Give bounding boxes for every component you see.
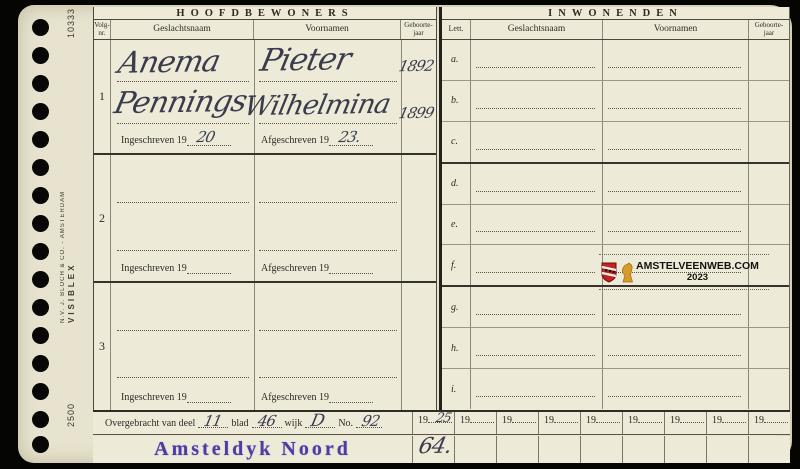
handwritten-birthyear-2: 1899 [397, 104, 435, 123]
print-run-number-bottom: 2500 [66, 403, 76, 427]
hoofdbewoners-section-2: 2 Ingeschreven 19 Afgeschreven 19 [94, 155, 436, 283]
dotted-writing-line [117, 377, 249, 378]
dotted-writing-line [117, 202, 249, 203]
punch-hole [32, 215, 49, 232]
birthyear-cell [749, 81, 789, 121]
year-label: 19 [418, 415, 428, 426]
dotted-writing-line [117, 81, 249, 82]
bottom-row-transfer: Overgebracht van deel 11 blad 46 wijk D … [93, 410, 790, 435]
year-label: 19 [754, 415, 764, 426]
inwonenden-row-b: b. [442, 81, 789, 122]
hoofdbewoners-title: HOOFDBEWONERS [94, 7, 436, 20]
punch-hole [32, 47, 49, 64]
year-label: 19 [502, 415, 512, 426]
volgnr-cell: 1 [94, 40, 111, 153]
surname-cell [471, 328, 603, 368]
dotted-writing-line [117, 250, 249, 251]
year-cell-2: 19 [454, 412, 496, 434]
hoofdbewoners-section-3: 3 Ingeschreven 19 Afgeschreven 19 [94, 283, 436, 410]
col-lett: Lett. [442, 20, 471, 39]
volgnr-value: 2 [99, 211, 105, 226]
watermark-site: AMSTELVEENWEB.COM [636, 261, 759, 273]
punch-hole [32, 75, 49, 92]
col-volgnr: Volg- nr. [94, 20, 111, 39]
inwonenden-row-d: d. [442, 164, 789, 205]
volgnr-cell: 2 [94, 155, 111, 281]
afgeschreven-value: 23. [337, 128, 362, 146]
inwonenden-rows: a. b. c. d. [442, 40, 789, 409]
afgeschreven-field: Afgeschreven 19 [261, 392, 373, 403]
dotted-writing-line [117, 330, 249, 331]
surname-cell [471, 40, 603, 80]
street-stamp-area: Amsteldyk Noord [93, 436, 412, 463]
blad-value: 46 [256, 411, 277, 429]
punch-hole [32, 383, 49, 400]
dotted-fill [722, 415, 746, 423]
handwritten-surname-1: Anema [115, 44, 223, 81]
birthyear-cell [749, 164, 789, 204]
dotted-fill [470, 415, 494, 423]
dotted-fill [329, 264, 373, 274]
col-voornamen-label: Voornamen [305, 25, 349, 35]
year-label: 19 [628, 415, 638, 426]
punch-hole [32, 19, 49, 36]
lett-cell: a. [442, 40, 471, 80]
dotted-fill [187, 393, 231, 403]
dotted-fill [638, 415, 662, 423]
empty-cell [664, 436, 706, 463]
dotted-writing-line [117, 123, 249, 124]
hoofdbewoners-table: HOOFDBEWONERS Volg- nr. Geslachtsnaam Vo… [93, 7, 437, 410]
col-geboortejaar-l2: jaar [764, 30, 775, 37]
afgeschreven-field: Afgeschreven 19 [261, 263, 373, 274]
wijk-label: wijk [285, 418, 303, 429]
punch-hole [32, 187, 49, 204]
volgnr-value: 1 [99, 89, 105, 104]
print-run-number-top: 10333 [66, 8, 76, 38]
year-label: 19 [586, 415, 596, 426]
blad-label: blad [231, 418, 248, 429]
lett-cell: e. [442, 205, 471, 245]
column-line [254, 155, 255, 281]
col-geslachtsnaam-label: Geslachtsnaam [153, 25, 211, 35]
handwritten-firstname-2: Wilhelmina [241, 89, 392, 123]
empty-cell [454, 436, 496, 463]
hoofdbewoners-section-1: 1 Anema Pieter 1892 Pennings Wilhelmina … [94, 40, 436, 155]
inwonenden-row-i: i. [442, 369, 789, 409]
handwritten-surname-2: Pennings [111, 84, 250, 121]
ingeschreven-field: Ingeschreven 19 [121, 263, 231, 274]
firstname-cell [603, 287, 749, 327]
dotted-fill: 25 [428, 415, 452, 423]
year-cell-1: 1925 [412, 412, 454, 434]
dotted-fill: 11 [198, 419, 228, 428]
section-body: Anema Pieter 1892 Pennings Wilhelmina 18… [111, 40, 436, 153]
birthyear-cell [749, 122, 789, 162]
volgnr-cell: 3 [94, 283, 111, 410]
scan-background: 10333 N.V. J. BLOCH & CO. - AMSTERDAM VI… [0, 0, 800, 469]
ingeschreven-field: Ingeschreven 19 [121, 392, 231, 403]
dotted-writing-line [259, 202, 397, 203]
firstname-cell [603, 164, 749, 204]
afgeschreven-label: Afgeschreven 19 [261, 263, 329, 274]
dotted-fill: D [305, 419, 335, 428]
carry-value: 64. [416, 434, 453, 460]
firstname-cell [603, 40, 749, 80]
punch-hole [32, 299, 49, 316]
col-geboortejaar: Geboorte- jaar [401, 20, 436, 39]
ingeschreven-label: Ingeschreven 19 [121, 135, 187, 146]
watermark-year: 2023 [687, 273, 708, 283]
hoofdbewoners-header: Volg- nr. Geslachtsnaam Voornamen Geboor… [94, 20, 436, 40]
amstelveen-shield-icon [601, 262, 617, 283]
dotted-fill [187, 264, 231, 274]
col-geslachtsnaam: Geslachtsnaam [111, 20, 254, 39]
lett-cell: c. [442, 122, 471, 162]
punch-hole [32, 355, 49, 372]
dotted-fill [680, 415, 704, 423]
dotted-fill: 92 [356, 419, 382, 428]
dotted-writing-line [259, 81, 397, 82]
col-voornamen-label: Voornamen [654, 25, 698, 35]
col-voornamen: Voornamen [603, 20, 749, 39]
year-cell-5: 19 [580, 412, 622, 434]
col-geslachtsnaam: Geslachtsnaam [471, 20, 603, 39]
column-line [401, 155, 402, 281]
year-value: 25 [434, 411, 452, 426]
dotted-fill: 23. [329, 136, 373, 146]
overgebracht-field: Overgebracht van deel 11 blad 46 wijk D … [93, 412, 412, 434]
firstname-cell [603, 122, 749, 162]
birthyear-cell [749, 205, 789, 245]
firstname-cell [603, 81, 749, 121]
birthyear-cell [749, 369, 789, 409]
surname-cell [471, 245, 603, 285]
bottom-row-stamp: Amsteldyk Noord 64. [93, 436, 790, 463]
handwritten-firstname-1: Pieter [257, 41, 354, 79]
deel-value: 11 [202, 411, 223, 429]
punch-hole [32, 436, 49, 453]
dotted-fill [596, 415, 620, 423]
watermark-text: AMSTELVEENWEB.COM 2023 [636, 261, 759, 283]
surname-cell [471, 369, 603, 409]
year-label: 19 [460, 415, 470, 426]
afgeschreven-label: Afgeschreven 19 [261, 135, 329, 146]
dotted-writing-line [259, 330, 397, 331]
dotted-writing-line [259, 250, 397, 251]
inwonenden-title: INWONENDEN [442, 7, 789, 20]
no-value: 92 [360, 411, 381, 429]
ingeschreven-value: 20 [195, 128, 216, 146]
section-body: Ingeschreven 19 Afgeschreven 19 [111, 283, 436, 410]
punch-hole [32, 243, 49, 260]
dotted-fill [329, 393, 373, 403]
inwonenden-row-a: a. [442, 40, 789, 81]
inwonenden-row-g: g. [442, 287, 789, 328]
year-cell-4: 19 [538, 412, 580, 434]
year-cell-8: 19 [706, 412, 748, 434]
dotted-fill [554, 415, 578, 423]
dotted-writing-line [259, 377, 397, 378]
punch-hole [32, 131, 49, 148]
empty-cell [538, 436, 580, 463]
brand-visiblex: VISIBLEX [67, 173, 76, 323]
col-lett-label: Lett. [449, 25, 464, 33]
dotted-fill: 20 [187, 136, 231, 146]
ingeschreven-field: Ingeschreven 1920 [121, 135, 231, 146]
lett-cell: g. [442, 287, 471, 327]
overgebracht-label: Overgebracht van deel [105, 418, 195, 429]
dotted-fill [764, 415, 788, 423]
birthyear-cell [749, 287, 789, 327]
surname-cell [471, 164, 603, 204]
year-label: 19 [670, 415, 680, 426]
year-cell-9: 19 [748, 412, 790, 434]
inwonenden-row-h: h. [442, 328, 789, 369]
year-label: 19 [544, 415, 554, 426]
lett-cell: b. [442, 81, 471, 121]
empty-cell [706, 436, 748, 463]
surname-cell [471, 122, 603, 162]
wijk-value: D [309, 410, 326, 430]
ingeschreven-label: Ingeschreven 19 [121, 263, 187, 274]
street-stamp: Amsteldyk Noord [154, 438, 351, 460]
afgeschreven-label: Afgeschreven 19 [261, 392, 329, 403]
lett-cell: f. [442, 245, 471, 285]
empty-cell [748, 436, 790, 463]
volgnr-value: 3 [99, 339, 105, 354]
carry-cell: 64. [412, 436, 454, 463]
punch-hole [32, 271, 49, 288]
year-cell-7: 19 [664, 412, 706, 434]
col-geslachtsnaam-label: Geslachtsnaam [508, 25, 566, 35]
dotted-fill: 46 [252, 419, 282, 428]
handwritten-birthyear-1: 1892 [397, 57, 435, 76]
col-geboortejaar: Geboorte- jaar [749, 20, 789, 39]
surname-cell [471, 205, 603, 245]
lion-icon [620, 262, 633, 283]
year-label: 19 [712, 415, 722, 426]
empty-cell [496, 436, 538, 463]
section-body: Ingeschreven 19 Afgeschreven 19 [111, 155, 436, 281]
no-label: No. [338, 418, 353, 429]
inwonenden-header: Lett. Geslachtsnaam Voornamen Geboorte- … [442, 20, 789, 40]
afgeschreven-field: Afgeschreven 1923. [261, 135, 373, 146]
inwonenden-row-e: e. [442, 205, 789, 246]
lett-cell: i. [442, 369, 471, 409]
firstname-cell [603, 328, 749, 368]
register-card: 10333 N.V. J. BLOCH & CO. - AMSTERDAM VI… [18, 5, 792, 463]
firstname-cell [603, 205, 749, 245]
column-line [254, 283, 255, 410]
col-geboortejaar-l2: jaar [413, 30, 424, 37]
dotted-fill [512, 415, 536, 423]
surname-cell [471, 81, 603, 121]
surname-cell [471, 287, 603, 327]
firstname-cell [603, 369, 749, 409]
year-cell-3: 19 [496, 412, 538, 434]
punch-hole [32, 411, 49, 428]
column-line [401, 283, 402, 410]
punch-hole [32, 103, 49, 120]
birthyear-cell [749, 328, 789, 368]
col-volgnr-l2: nr. [98, 30, 105, 37]
punch-hole [32, 159, 49, 176]
birthyear-cell [749, 40, 789, 80]
col-voornamen: Voornamen [254, 20, 401, 39]
punch-hole [32, 327, 49, 344]
year-cell-6: 19 [622, 412, 664, 434]
lett-cell: h. [442, 328, 471, 368]
ingeschreven-label: Ingeschreven 19 [121, 392, 187, 403]
dotted-writing-line [259, 123, 397, 124]
inwonenden-row-c: c. [442, 122, 789, 164]
empty-cell [622, 436, 664, 463]
lett-cell: d. [442, 164, 471, 204]
watermark: AMSTELVEENWEB.COM 2023 [599, 254, 769, 290]
printer-name: N.V. J. BLOCH & CO. - AMSTERDAM [60, 173, 66, 323]
printer-brand: N.V. J. BLOCH & CO. - AMSTERDAM VISIBLEX [60, 173, 76, 323]
inwonenden-table: INWONENDEN Lett. Geslachtsnaam Voornamen… [439, 7, 790, 410]
empty-cell [580, 436, 622, 463]
